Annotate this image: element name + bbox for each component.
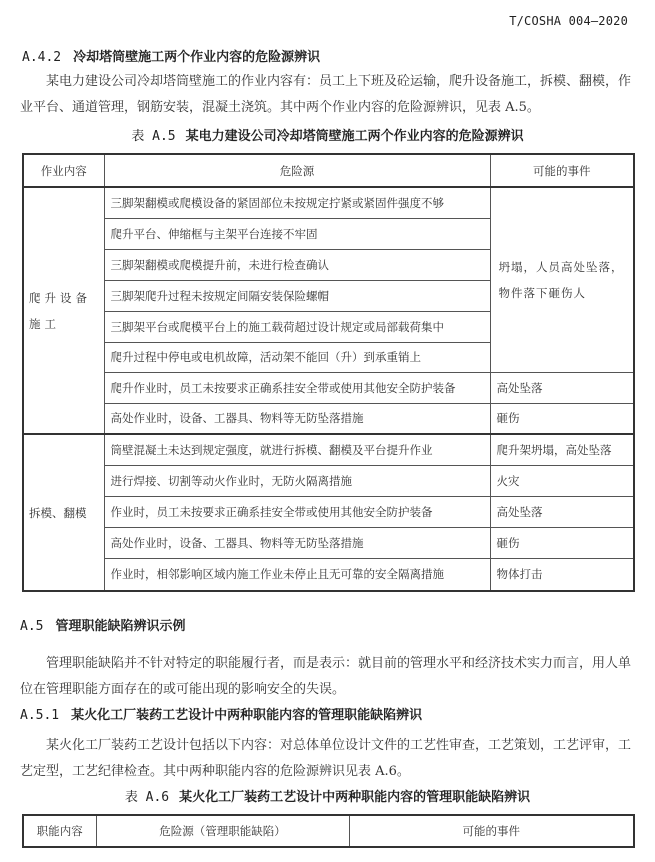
section-number: A.5 — [20, 619, 43, 634]
section-heading-a42: A.4.2冷却塔筒壁施工两个作业内容的危险源辨识 — [22, 46, 320, 65]
section-title: 管理职能缺陷辨识示例 — [55, 619, 185, 634]
table-caption-a6: 表 A.6某火化工厂装药工艺设计中两种职能内容的管理职能缺陷辨识 — [0, 786, 655, 805]
hazard-cell: 三脚架翻模或爬模提升前，未进行检查确认 — [104, 249, 490, 280]
column-header: 职能内容 — [23, 815, 96, 847]
event-cell: 高处坠落 — [490, 372, 634, 403]
event-cell: 爬升架坍塌，高处坠落 — [490, 434, 634, 465]
table-header-row: 作业内容 危险源 可能的事件 — [23, 154, 634, 187]
column-header: 危险源（管理职能缺陷） — [96, 815, 349, 847]
section-title: 某火化工厂装药工艺设计中两种职能内容的管理职能缺陷辨识 — [71, 708, 422, 723]
hazard-cell: 爬升作业时，员工未按要求正确系挂安全带或使用其他安全防护装备 — [104, 372, 490, 403]
table-row: 高处作业时，设备、工器具、物料等无防坠落措施 砸伤 — [23, 527, 634, 558]
section-paragraph-a5: 管理职能缺陷并不针对特定的职能履行者，而是表示：就目前的管理水平和经济技术实力而… — [20, 651, 634, 703]
hazard-cell: 三脚架平台或爬模平台上的施工载荷超过设计规定或局部载荷集中 — [104, 311, 490, 342]
hazard-table-a5: 作业内容 危险源 可能的事件 爬升设备施工 三脚架翻模或爬模设备的紧固部位未按规… — [22, 153, 635, 592]
management-defect-table-a6: 职能内容 危险源（管理职能缺陷） 可能的事件 — [22, 814, 635, 848]
table-row: 作业时，员工未按要求正确系挂安全带或使用其他安全防护装备 高处坠落 — [23, 496, 634, 527]
section-number: A.5.1 — [20, 708, 59, 723]
event-cell: 物体打击 — [490, 558, 634, 591]
event-cell: 火灾 — [490, 465, 634, 496]
event-cell-merged: 坍塌，人员高处坠落，物件落下砸伤人 — [490, 187, 634, 372]
event-cell: 砸伤 — [490, 403, 634, 434]
event-cell: 砸伤 — [490, 527, 634, 558]
hazard-cell: 爬升平台、伸缩框与主架平台连接不牢固 — [104, 218, 490, 249]
hazard-cell: 作业时，相邻影响区域内施工作业未停止且无可靠的安全隔离措施 — [104, 558, 490, 591]
event-cell: 高处坠落 — [490, 496, 634, 527]
column-header: 可能的事件 — [349, 815, 634, 847]
hazard-cell: 三脚架爬升过程未按规定间隔安装保险螺帽 — [104, 280, 490, 311]
document-id: T/COSHA 004—2020 — [509, 14, 628, 28]
column-header: 作业内容 — [23, 154, 104, 187]
section-heading-a51: A.5.1某火化工厂装药工艺设计中两种职能内容的管理职能缺陷辨识 — [20, 704, 422, 723]
hazard-cell: 进行焊接、切割等动火作业时，无防火隔离措施 — [104, 465, 490, 496]
section-paragraph-a51: 某火化工厂装药工艺设计包括以下内容：对总体单位设计文件的工艺性审查，工艺策划，工… — [20, 733, 634, 785]
section-heading-a5: A.5管理职能缺陷辨识示例 — [20, 615, 186, 634]
caption-number: 表 A.5 — [131, 129, 175, 144]
section-paragraph-a42: 某电力建设公司冷却塔筒壁施工的作业内容有：员工上下班及砼运输，爬升设备施工，拆模… — [20, 69, 634, 121]
table-caption-a5: 表 A.5某电力建设公司冷却塔筒壁施工两个作业内容的危险源辨识 — [0, 125, 655, 144]
hazard-cell: 三脚架翻模或爬模设备的紧固部位未按规定拧紧或紧固件强度不够 — [104, 187, 490, 218]
hazard-cell: 作业时，员工未按要求正确系挂安全带或使用其他安全防护装备 — [104, 496, 490, 527]
hazard-cell: 高处作业时，设备、工器具、物料等无防坠落措施 — [104, 527, 490, 558]
section-title: 冷却塔筒壁施工两个作业内容的危险源辨识 — [73, 50, 320, 65]
hazard-cell: 爬升过程中停电或电机故障，活动架不能回（升）到承重销上 — [104, 342, 490, 372]
hazard-cell: 筒壁混凝土未达到规定强度，就进行拆模、翻模及平台提升作业 — [104, 434, 490, 465]
table-header-row: 职能内容 危险源（管理职能缺陷） 可能的事件 — [23, 815, 634, 847]
table-row: 高处作业时，设备、工器具、物料等无防坠落措施 砸伤 — [23, 403, 634, 434]
table-row: 作业时，相邻影响区域内施工作业未停止且无可靠的安全隔离措施 物体打击 — [23, 558, 634, 591]
caption-title: 某电力建设公司冷却塔筒壁施工两个作业内容的危险源辨识 — [186, 129, 524, 144]
work-content-cell: 爬升设备施工 — [23, 187, 104, 434]
column-header: 危险源 — [104, 154, 490, 187]
table-row: 爬升设备施工 三脚架翻模或爬模设备的紧固部位未按规定拧紧或紧固件强度不够 坍塌，… — [23, 187, 634, 218]
section-number: A.4.2 — [22, 50, 61, 65]
caption-title: 某火化工厂装药工艺设计中两种职能内容的管理职能缺陷辨识 — [179, 790, 530, 805]
column-header: 可能的事件 — [490, 154, 634, 187]
hazard-cell: 高处作业时，设备、工器具、物料等无防坠落措施 — [104, 403, 490, 434]
caption-number: 表 A.6 — [125, 790, 169, 805]
table-row: 爬升作业时，员工未按要求正确系挂安全带或使用其他安全防护装备 高处坠落 — [23, 372, 634, 403]
work-content-cell: 拆模、翻模 — [23, 434, 104, 591]
table-row: 进行焊接、切割等动火作业时，无防火隔离措施 火灾 — [23, 465, 634, 496]
table-row: 拆模、翻模 筒壁混凝土未达到规定强度，就进行拆模、翻模及平台提升作业 爬升架坍塌… — [23, 434, 634, 465]
